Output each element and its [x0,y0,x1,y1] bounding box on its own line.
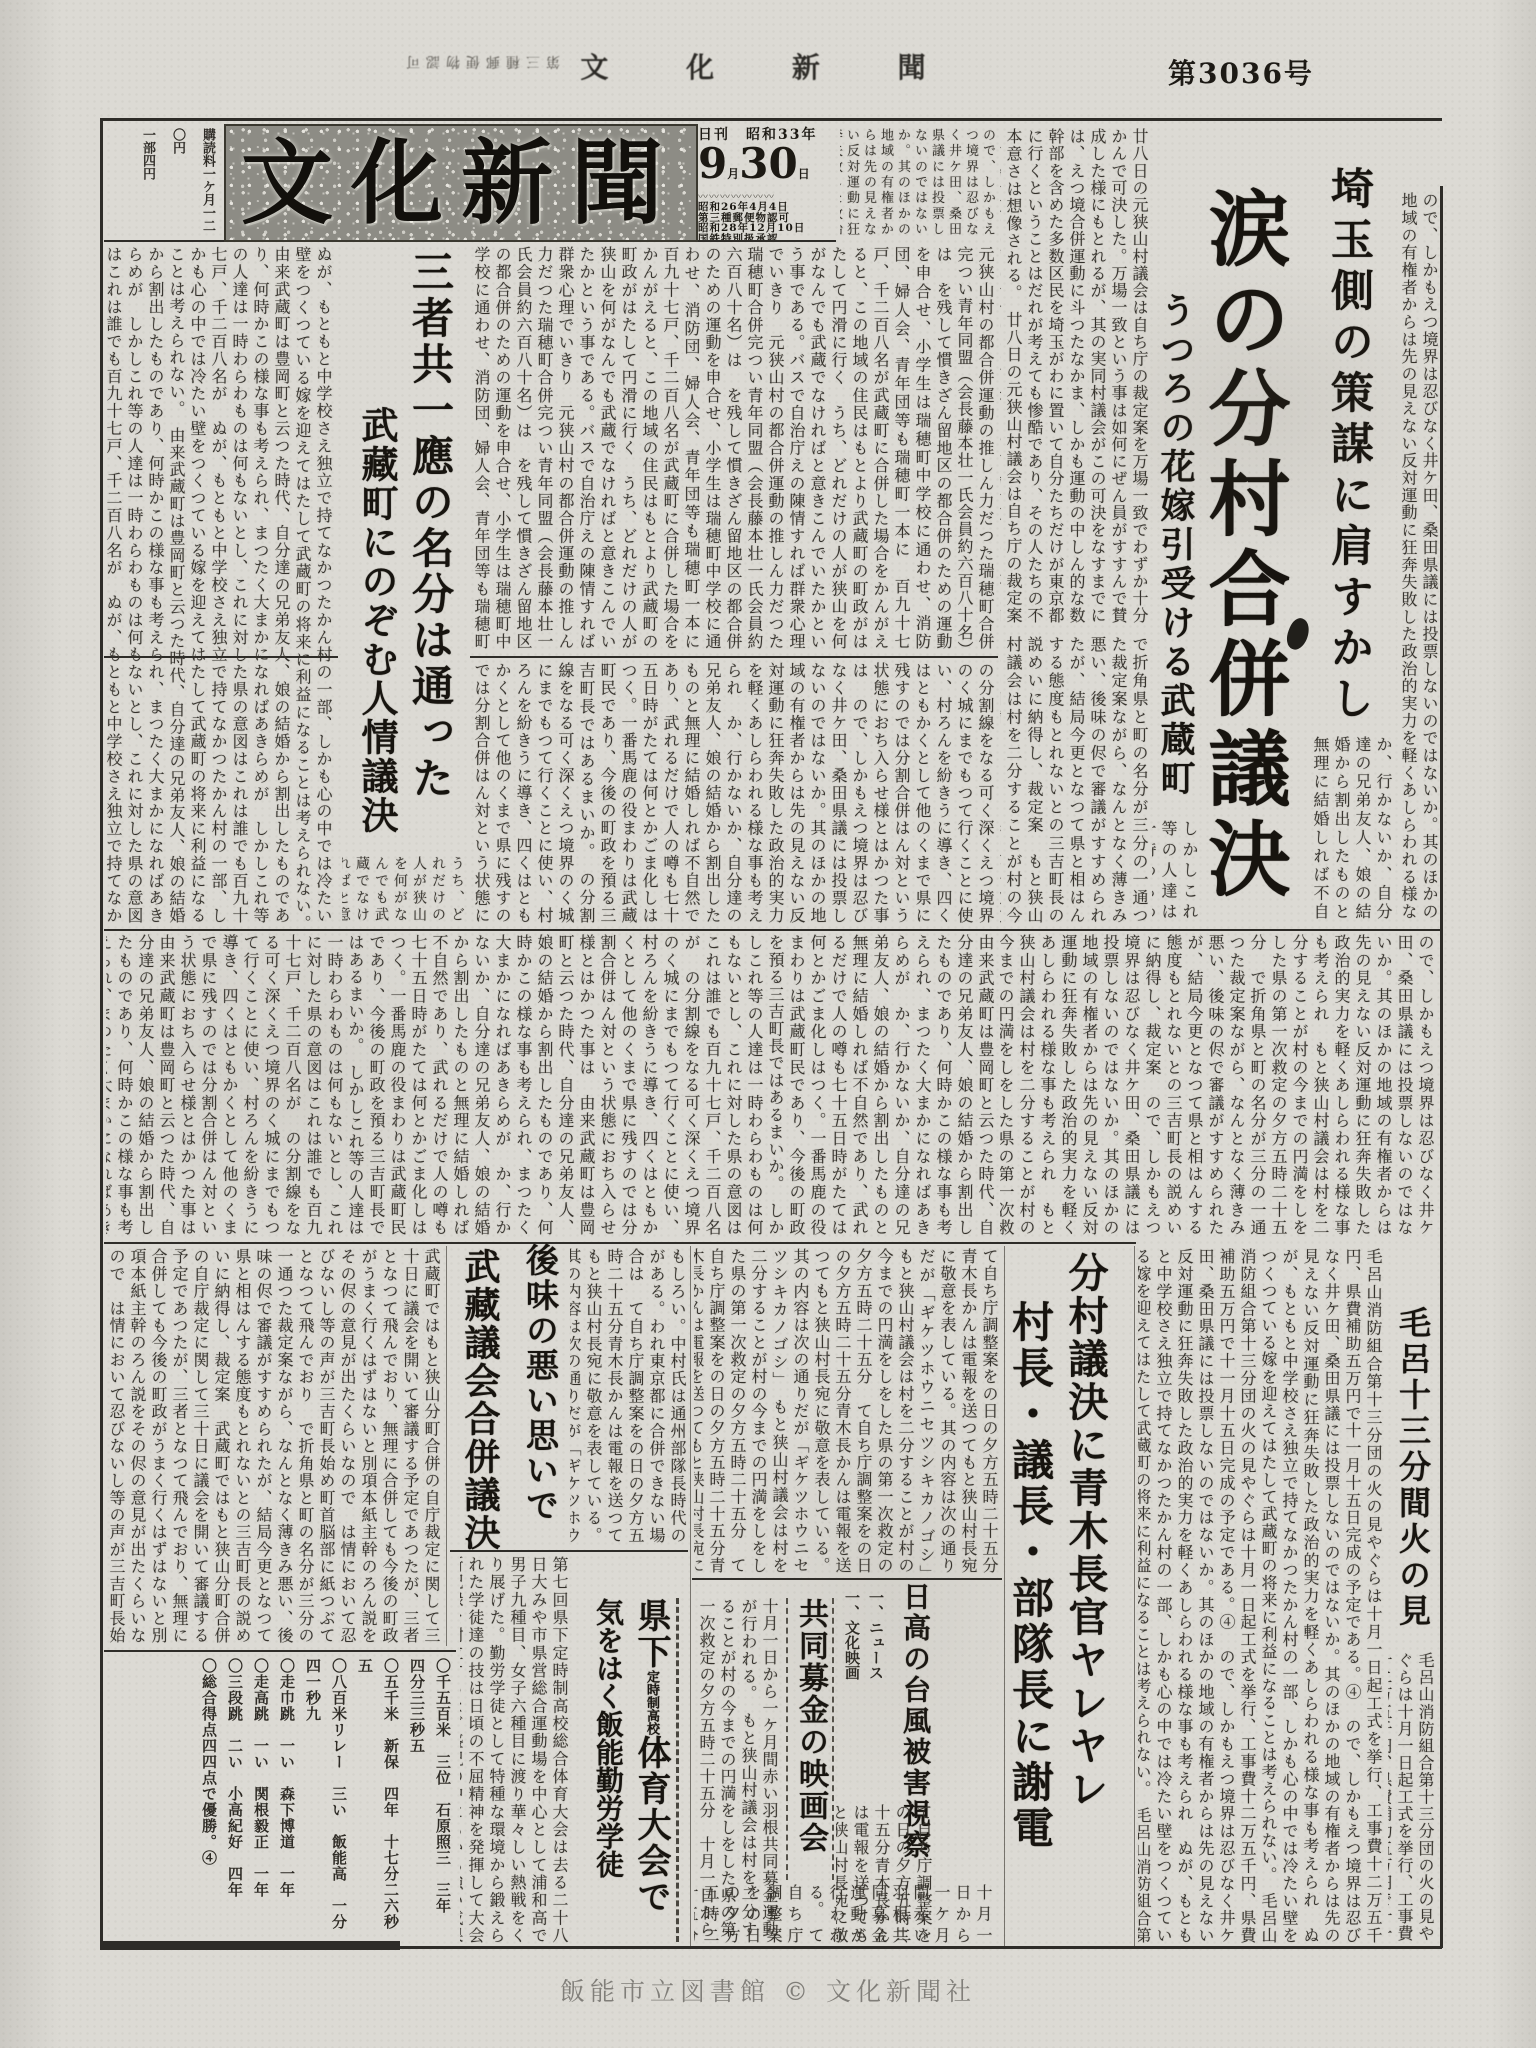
copyright-icon: © [783,1977,813,2006]
scan-footer: 飯能市立図書館 © 文化新聞社 [0,1972,1536,2008]
lead-paragraph-block: 廿八日の元狭山村議会は自ち庁の裁定案を万場一致でわずか十分かんで可決した。万場一… [1000,128,1150,624]
top-margin-note: 第三種郵便物認可 [230,52,560,72]
permit-line: 昭和28年12月10日 [698,223,836,234]
issue-number: 第3036号 [1168,52,1314,92]
text-column-block: か、行かないか、自分達の兄弟友人、娘の結婚から割出したものと無理に結婚しれば不自… [1312,736,1394,920]
day-unit: 日 [798,167,810,181]
headline-sports: 県下定時制高校体育大会で 気をはく飯能勤労学徒 [574,1598,674,1946]
result-entry: 〇走巾跳 一い 森下博道 一年 [274,1658,300,1942]
headline-kicker-aoki: 分村議決に青木長官ヤレヤレ [1062,1252,1114,1814]
headline-kicker-sansha: 三者共一應の名分は通った [410,250,460,826]
section-rule [104,929,1440,931]
newspaper-scan-page: 第三種郵便物認可 文 化 新 聞 第3036号 購読料一ケ月一二〇円 一部四円 … [0,0,1536,2048]
telegram-article-block: て自ち庁調整案をの日の夕方五時二十五分青木長かんは電報を送つてもと狭山村長宛に敬… [694,1248,1000,1574]
result-entry: 〇三段跳 二い 小高紀好 四年 [222,1658,248,1942]
result-entry: 〇走高跳 一い 関根毅正 一年 [248,1658,274,1942]
subscription-line: 一部四円 [132,128,162,238]
date-block: 日刊 昭和33年 9月30日 〰〰〰〰〰〰〰 昭和26年4月4日 第三種郵便物認… [698,124,836,240]
permit-line: 昭和26年4月4日 [698,202,836,213]
frame-right-rule [1440,186,1443,1948]
sports-pre: 県下 [631,1598,671,1670]
permit-line: 国鉄特別扱承認 [698,234,836,241]
sports-headline-line2: 気をはく飯能勤労学徒 [588,1598,628,1946]
sports-small-label: 定時制高校 [644,1670,659,1735]
logo-text: 文化新聞 [241,137,681,229]
headline-main-bunson: 涙の分村合併議決 [1206,186,1302,918]
result-entry: 〇五千米 新保 四年 十七分二六秒五 [352,1658,404,1942]
sports-post: 体育大会で [631,1735,671,1915]
list-item: 一、ニュース [864,1590,888,1796]
headline-kicker-atoaji: 後味の悪い思いで [512,1243,564,1535]
frame-left-rule [100,118,103,1950]
text-column-block: ので、しかもえつ境界は忍びなく井ケ田、桑田県議には投票しないのではないか。其のほ… [1000,934,1436,1236]
frame-top-rule [102,118,1442,121]
text-column-block: の分割線をなる可く深くえつ境界のく城にまでもつて行くことに使い、村ろんを紛きうに… [470,662,996,924]
library-credit: 飯能市立図書館 [560,1977,770,2006]
dashed-column-rule [676,1598,679,1942]
day-number: 30 [739,139,797,188]
column-rule [1134,1246,1135,1946]
top-margin-title: 文 化 新 聞 [560,46,980,86]
text-column-block: うち、どれだけの人が狭山を何がなんでも武蔵でなければと意きこんでいたかという事で… [342,856,466,922]
headline-main-musashimachi: 武藏町にのぞむ人情議決 [342,406,404,848]
sports-article-block: 第七回県下定時制高校総合体育大会は去る二十八日大みや市県営総合運動場を中心として… [460,1556,570,1944]
section-rule [470,656,998,658]
month-unit: 月 [727,167,739,181]
headline-main-musashi-gikai: 武藏議会合併議決 [448,1248,506,1570]
list-item: 一、文化映画 [840,1590,864,1796]
subscription-line: 購読料一ケ月一二〇円 [162,128,222,238]
text-column-block: て自ち庁調整案をの日の夕方五時二十五分青木長かんは電報を送つてもと狭山村長宛に敬… [836,1804,934,1944]
subhead-kyodo-bokin: 共同募金の映画会 [786,1598,834,1880]
sports-results-list: 〇千五百米 三位 石原照三 三年 四分三三秒五 〇五千米 新保 四年 十七分二六… [106,1658,456,1942]
section-rule [692,1578,1002,1580]
text-column-block: ぬが、もともと中学校さえ独立で持てなかつたかん村の一部、しかも心の中では冷たい壁… [106,246,334,924]
column-rule [690,1246,691,1946]
month-number: 9 [698,139,727,188]
section-rule [104,1242,1136,1244]
date-line: 9月30日 [698,144,836,194]
subhead-moro-hinomi: 毛呂十三分間火の見 [1388,1306,1436,1638]
text-column-block: ので、しかもえつ境界は忍びなく井ケ田、桑田県議には投票しないのではないか。其のほ… [1396,192,1440,920]
result-entry: 〇八百米リレー 三い 飯能高 一分四一秒九 [300,1658,352,1942]
screening-item-list: 一、ニュース 一、文化映画 [838,1590,888,1796]
section-rule [104,1650,456,1652]
text-column-block: 由来武蔵町は豊岡町と云つた時代、自分達の兄弟友人、娘の結婚から割出したものであり… [106,934,996,1236]
text-column-block: もしろい。中村氏は通州部隊長時代のがある。われ東京都に合併できない場合は て自ち… [570,1248,688,1544]
text-column-block: しかしこれ等の人達は一時わらわものは何もないとし、これに対した県の意図はこれは誰… [1152,820,1200,920]
sports-headline-line1: 県下定時制高校体育大会で [628,1598,674,1946]
musashi-council-article-block: 武蔵町ではもと狭山分町合併の自庁裁定に関して三十日に議会を開いて審議する予定であ… [106,1248,442,1644]
column-rule [1004,1246,1005,1946]
result-entry: 〇千五百米 三位 石原照三 三年 四分三三秒五 [404,1658,456,1942]
text-column-block: 毛呂山消防組合第十三分団の火の見やぐらは十月一日起工式を挙行、工事費十二万五千円… [1138,1248,1384,1944]
subscription-price-block: 購読料一ケ月一二〇円 一部四円 [106,128,222,238]
text-column-block: 毛呂山消防組合第十三分団の火の見やぐらは十月一日起工式を挙行、工事費十二万五千円… [1388,1652,1436,1942]
text-column-block: 元狭山村の都合併運動の推しん力だつた瑞穂町合併完つい青年同盟（会長藤本壮一氏会員… [470,246,996,650]
headline-kicker-saitama: 埼玉側の策謀に肩すかし [1318,166,1380,728]
result-entry: 〇総合得点四四点で優勝。④ [196,1658,222,1942]
column-rule [446,1246,447,1646]
newspaper-logo: 文化新聞 [224,124,698,242]
headline-sub-hanayome: うつろの花嫁引受ける武蔵町 [1150,292,1200,814]
frame-bottom-thick-rule [100,1941,400,1950]
text-column-block: で折角県と町の名分が三分の一通つた裁定案ながら、なんとなく薄きみ悪い、後味の侭で… [1000,636,1150,924]
fundraising-article-block: 十月一日から一ケ月間赤い羽根共同募金運動が行われる。 もと狭山村議会は村を二分す… [694,1598,780,1938]
text-column-block: ので、しかもえつ境界は忍びなく井ケ田、桑田県議には投票しないのではないか。其のほ… [840,128,996,236]
headline-main-shaden: 村長・議長・部隊長に謝電 [1006,1300,1060,1862]
publisher-credit: 文化新聞社 [826,1977,976,2006]
